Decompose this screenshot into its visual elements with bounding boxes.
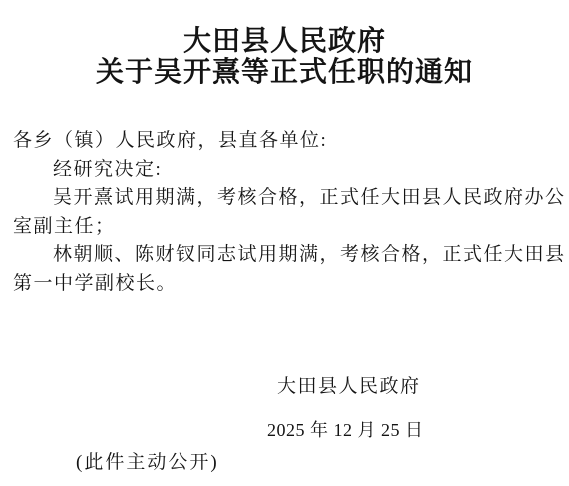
appointment-2-line-1: 林朝顺、陈财钗同志试用期满，考核合格，正式任大田县 bbox=[13, 241, 563, 270]
title-line-issuer: 大田县人民政府 bbox=[0, 26, 569, 57]
title-line-subject: 关于吴开熹等正式任职的通知 bbox=[0, 57, 569, 88]
document-title: 大田县人民政府 关于吴开熹等正式任职的通知 bbox=[0, 26, 569, 88]
salutation-line: 各乡（镇）人民政府，县直各单位: bbox=[13, 127, 563, 156]
appointment-1-line-1: 吴开熹试用期满，考核合格，正式任大田县人民政府办公 bbox=[13, 184, 563, 213]
decision-line: 经研究决定: bbox=[13, 156, 563, 185]
appointment-2-line-2: 第一中学副校长。 bbox=[13, 270, 563, 299]
issuer-signature: 大田县人民政府 bbox=[277, 371, 421, 398]
document-body: 各乡（镇）人民政府，县直各单位: 经研究决定: 吴开熹试用期满，考核合格，正式任… bbox=[13, 127, 563, 298]
document-date: 2025 年 12 月 25 日 bbox=[267, 416, 424, 442]
notice-document-page: 大田县人民政府 关于吴开熹等正式任职的通知 各乡（镇）人民政府，县直各单位: 经… bbox=[0, 0, 569, 486]
appointment-1-line-2: 室副主任； bbox=[13, 213, 563, 242]
disclosure-note: (此件主动公开) bbox=[76, 447, 219, 474]
